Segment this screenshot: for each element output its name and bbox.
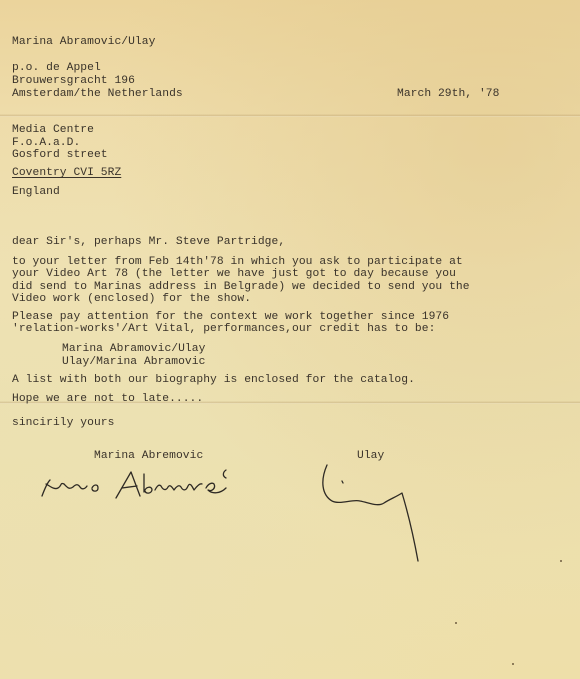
sender-name: Marina Abramovic/Ulay xyxy=(12,36,155,49)
letter-date: March 29th, '78 xyxy=(397,88,499,101)
paragraph1-line-3: did send to Marinas address in Belgrade)… xyxy=(12,281,470,294)
hope-line: Hope we are not to late..... xyxy=(12,393,203,406)
sender-address-line-3: Amsterdam/the Netherlands xyxy=(12,88,183,101)
paragraph1-line-4: Video work (enclosed) for the show. xyxy=(12,293,251,306)
paper-speck xyxy=(560,560,562,562)
paragraph2-line-2: 'relation-works'/Art Vital, performances… xyxy=(12,323,435,336)
recipient-line-2: F.o.A.a.D. xyxy=(12,137,80,150)
credit-line-2: Ulay/Marina Abramovic xyxy=(62,356,205,369)
letter-page: Marina Abramovic/Ulay p.o. de Appel Brou… xyxy=(0,0,580,679)
sender-address-line-2: Brouwersgracht 196 xyxy=(12,75,135,88)
paper-speck xyxy=(455,622,457,624)
biography-note: A list with both our biography is enclos… xyxy=(12,374,415,387)
paper-fold-top xyxy=(0,114,580,117)
closing: sincirily yours xyxy=(12,417,114,430)
credit-line-1: Marina Abramovic/Ulay xyxy=(62,343,205,356)
paper-speck xyxy=(512,663,514,665)
recipient-line-1: Media Centre xyxy=(12,124,94,137)
sender-address-line-1: p.o. de Appel xyxy=(12,62,101,75)
paragraph1-line-1: to your letter from Feb 14th'78 in which… xyxy=(12,256,463,269)
paragraph1-line-2: your Video Art 78 (the letter we have ju… xyxy=(12,268,456,281)
recipient-city-line: Coventry CVI 5RZ xyxy=(12,167,121,180)
paragraph2-line-1: Please pay attention for the context we … xyxy=(12,311,449,324)
recipient-country: England xyxy=(12,186,60,199)
signature-marina-abramovic xyxy=(36,460,276,510)
recipient-line-3: Gosford street xyxy=(12,149,108,162)
signature-ulay xyxy=(318,463,478,583)
salutation: dear Sir's, perhaps Mr. Steve Partridge, xyxy=(12,236,285,249)
signatory-right-name: Ulay xyxy=(357,450,384,463)
